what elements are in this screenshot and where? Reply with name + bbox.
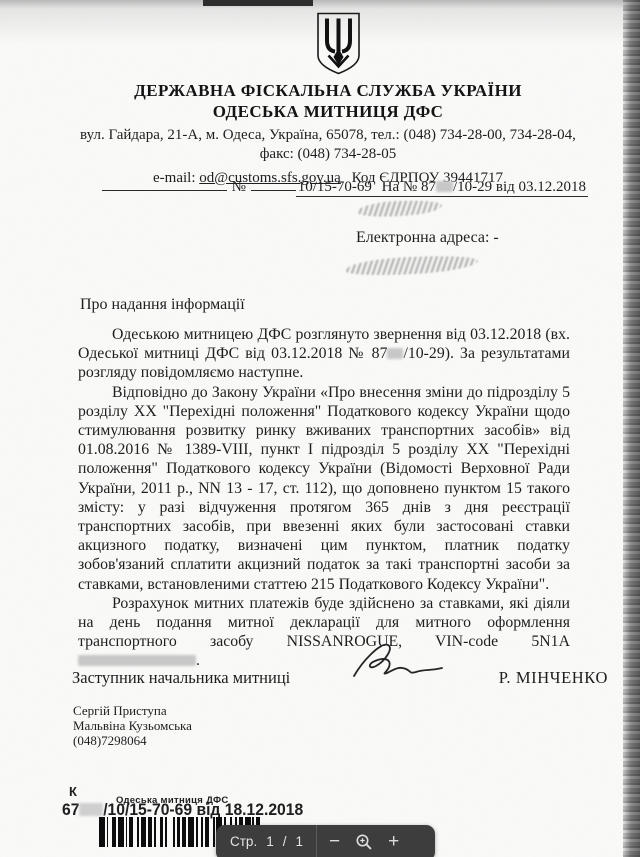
- signature-row: Заступник начальника митниці Р. МІНЧЕНКО: [72, 668, 608, 688]
- redacted-text: [436, 181, 453, 192]
- stamp-k-mark: К: [69, 784, 77, 799]
- reference-numbers: 10/15-70-69 На № 87/10-29 від 03.12.2018: [296, 179, 588, 197]
- reply-number-prefix: На № 87: [382, 179, 436, 195]
- current-page-field[interactable]: 1: [266, 834, 274, 849]
- org-name-line2: ОДЕСЬКА МИТНИЦЯ ДФС: [58, 101, 598, 122]
- letter-body: Одеською митницею ДФС розглянуто звернен…: [78, 325, 570, 671]
- blank-underline: [102, 176, 227, 191]
- blank-underline: [251, 176, 296, 191]
- org-address-line2: факс: (048) 734-28-05: [58, 145, 598, 164]
- org-address-line1: вул. Гайдара, 21-А, м. Одеса, Україна, 6…: [58, 126, 598, 145]
- executor-phone: (048)7298064: [73, 734, 192, 749]
- total-pages: 1: [295, 834, 303, 849]
- document-viewer: ДЕРЖАВНА ФІСКАЛЬНА СЛУЖБА УКРАЇНИ ОДЕСЬК…: [0, 0, 640, 857]
- executors-block: Сергій Приступа Мальвіна Кузьомська (048…: [73, 704, 192, 748]
- stamp-reg-prefix: 67: [62, 801, 79, 819]
- ukraine-trident-icon: [315, 11, 362, 77]
- recipient-email-line: Електронна адреса: -: [356, 229, 499, 247]
- zoom-out-button[interactable]: −: [321, 832, 348, 851]
- zoom-in-button[interactable]: +: [380, 832, 407, 851]
- scan-edge-artifact: [623, 0, 640, 857]
- subject-line: Про надання інформації: [80, 296, 245, 314]
- number-sign: №: [232, 179, 246, 196]
- outgoing-number: 10/15-70-69: [298, 179, 372, 195]
- page-label: Стр.: [230, 834, 257, 849]
- reply-number-suffix: /10-29 від 03.12.2018: [453, 179, 586, 195]
- signer-title: Заступник начальника митниці: [72, 668, 290, 688]
- redacted-recipient-address: [345, 254, 479, 278]
- toolbar-divider: [316, 825, 317, 857]
- body-paragraph: Відповідно до Закону України «Про внесен…: [78, 383, 570, 594]
- org-name-line1: ДЕРЖАВНА ФІСКАЛЬНА СЛУЖБА УКРАЇНИ: [58, 80, 598, 101]
- letterhead: ДЕРЖАВНА ФІСКАЛЬНА СЛУЖБА УКРАЇНИ ОДЕСЬК…: [58, 80, 598, 188]
- page-separator: /: [283, 834, 287, 849]
- executor-name: Сергій Приступа: [73, 704, 192, 719]
- redacted-recipient-name: [357, 199, 443, 218]
- reference-line: № 10/15-70-69 На № 87/10-29 від 03.12.20…: [102, 176, 588, 197]
- executor-name: Мальвіна Кузьомська: [73, 719, 192, 734]
- magnifier-zoom-icon[interactable]: [348, 833, 380, 851]
- redacted-text: [387, 348, 403, 359]
- body-paragraph: Розрахунок митних платежів буде здійснен…: [78, 594, 570, 671]
- viewer-toolbar: Стр. 1 / 1 − +: [216, 825, 435, 857]
- signer-name: Р. МІНЧЕНКО: [499, 668, 608, 688]
- redacted-text: [78, 655, 196, 666]
- scan-top-black-bar: [203, 0, 313, 6]
- redacted-text: [79, 803, 103, 816]
- body-paragraph: Одеською митницею ДФС розглянуто звернен…: [78, 325, 570, 383]
